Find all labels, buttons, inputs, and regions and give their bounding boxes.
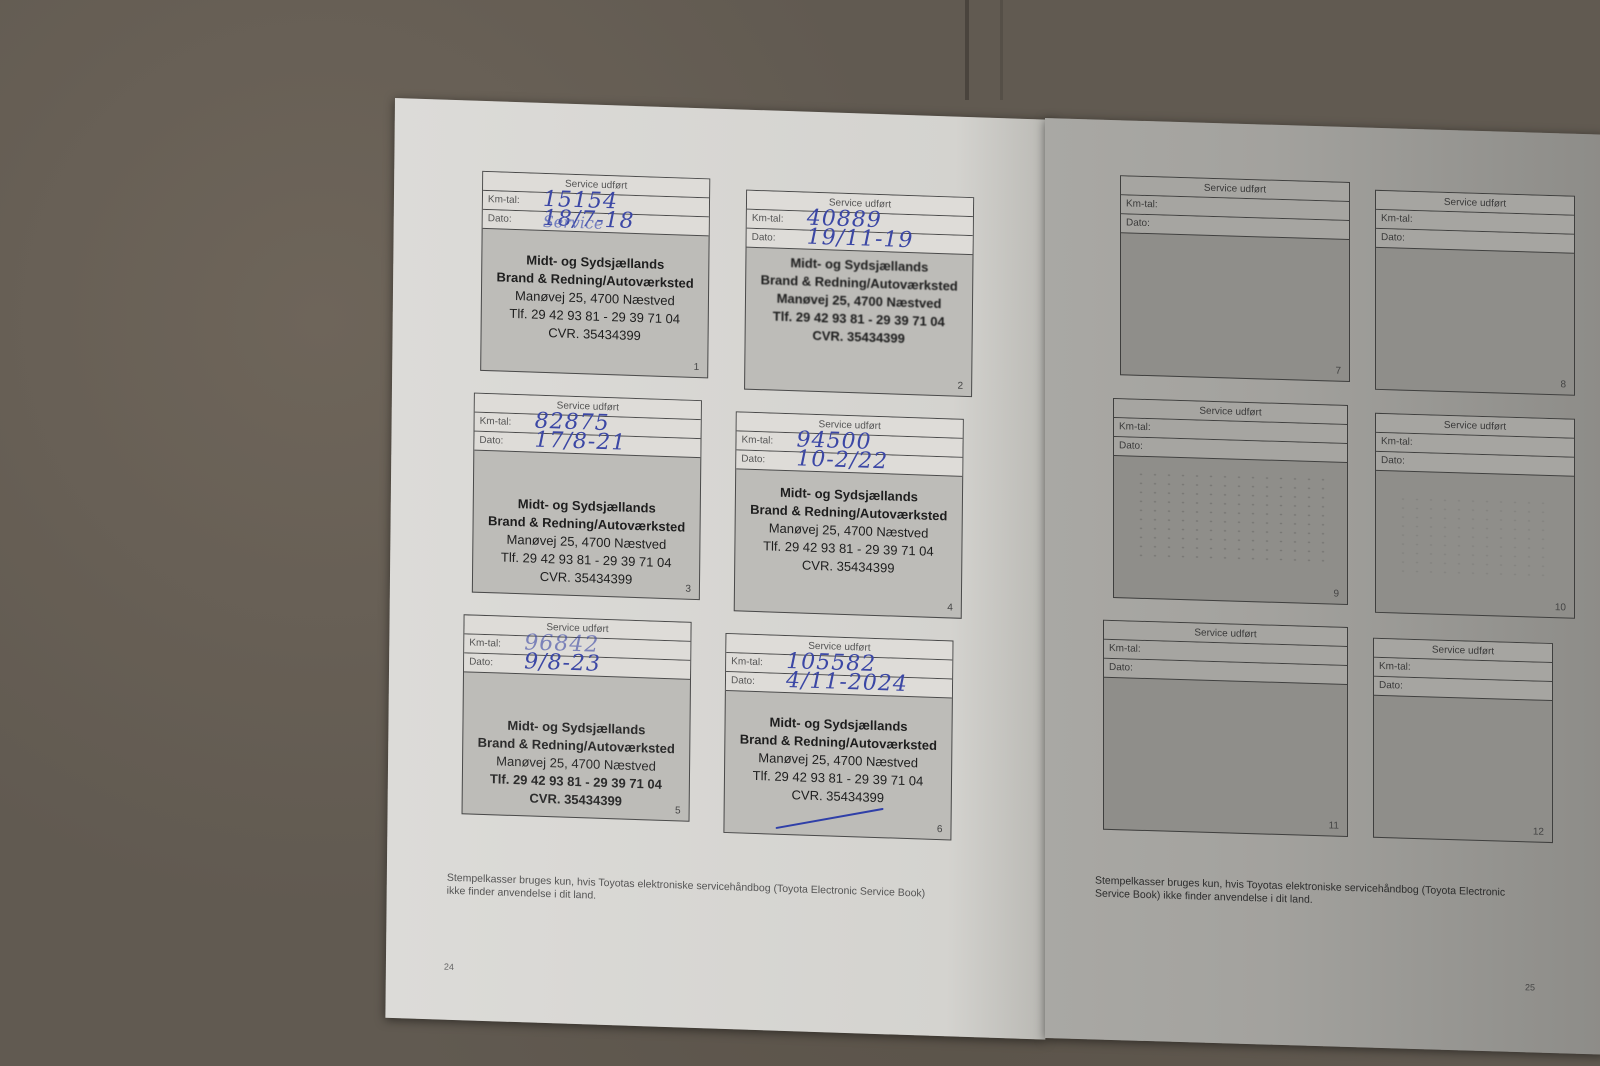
- handwritten-note: Service: [543, 212, 604, 233]
- box-number: 11: [1329, 820, 1339, 831]
- faded-stamp-transfer: [1396, 494, 1554, 577]
- service-box-12: Service udført Km-tal: Dato: 12: [1373, 638, 1553, 843]
- box-number: 4: [947, 602, 953, 613]
- box-number: 3: [685, 584, 691, 595]
- footer-note: Stempelkasser bruges kun, hvis Toyotas e…: [447, 872, 927, 914]
- date-value: 19/11-19: [807, 225, 914, 254]
- service-box-9: Service udført Km-tal: Dato: 9: [1113, 398, 1348, 605]
- workshop-stamp: Midt- og Sydsjællands Brand & Redning/Au…: [481, 250, 708, 347]
- date-label: Dato:: [1379, 680, 1403, 692]
- box-number: 5: [675, 805, 681, 816]
- floor-seam: [965, 0, 969, 100]
- footer-note: Stempelkasser bruges kun, hvis Toyotas e…: [1095, 874, 1535, 913]
- date-value: 17/8-21: [534, 428, 626, 456]
- km-label: Km-tal:: [488, 194, 520, 206]
- box-number: 9: [1333, 589, 1339, 600]
- signature: [775, 808, 883, 829]
- date-label: Dato:: [469, 656, 493, 668]
- date-label: Dato:: [741, 454, 765, 466]
- workshop-stamp: Midt- og Sydsjællands Brand & Redning/Au…: [725, 712, 952, 809]
- service-box-4: Service udført Km-tal: 94500 Dato: 10-2/…: [734, 411, 964, 619]
- box-number: 6: [937, 824, 943, 835]
- km-label: Km-tal:: [469, 637, 501, 649]
- date-row: Dato:: [1374, 677, 1552, 701]
- date-label: Dato:: [1109, 662, 1133, 674]
- box-number: 10: [1555, 602, 1566, 613]
- faded-stamp-transfer: [1134, 470, 1327, 564]
- workshop-stamp: Midt- og Sydsjællands Brand & Redning/Au…: [735, 482, 962, 579]
- km-label: Km-tal:: [1381, 436, 1413, 448]
- workshop-stamp: Midt- og Sydsjællands Brand & Redning/Au…: [463, 715, 690, 812]
- date-label: Dato:: [1119, 440, 1143, 452]
- km-label: Km-tal:: [1379, 661, 1411, 673]
- floor-seam: [1000, 0, 1003, 100]
- date-value: 4/11-2024: [786, 668, 908, 697]
- service-box-5: Service udført Km-tal: 96842 Dato: 9/8-2…: [462, 614, 692, 822]
- date-label: Dato:: [1381, 455, 1405, 467]
- booklet-right-page: Service udført Km-tal: Dato: 7 Service u…: [1045, 118, 1600, 1055]
- date-label: Dato:: [479, 435, 503, 447]
- date-label: Dato:: [1126, 217, 1150, 229]
- km-label: Km-tal:: [731, 656, 763, 668]
- page-number: 25: [1525, 982, 1535, 992]
- service-box-7: Service udført Km-tal: Dato: 7: [1120, 175, 1350, 382]
- km-label: Km-tal:: [1109, 643, 1141, 655]
- box-number: 12: [1533, 826, 1544, 837]
- km-label: Km-tal:: [752, 213, 784, 225]
- km-label: Km-tal:: [1119, 421, 1151, 433]
- box-number: 1: [694, 362, 700, 373]
- date-label: Dato:: [731, 675, 755, 687]
- workshop-stamp: Midt- og Sydsjællands Brand & Redning/Au…: [473, 494, 700, 591]
- date-label: Dato:: [752, 232, 776, 244]
- service-box-8: Service udført Km-tal: Dato: 8: [1375, 190, 1575, 396]
- date-label: Dato:: [488, 213, 512, 225]
- page-number: 24: [444, 962, 454, 972]
- box-number: 7: [1335, 366, 1341, 377]
- service-box-11: Service udført Km-tal: Dato: 11: [1103, 620, 1348, 837]
- km-label: Km-tal:: [741, 435, 773, 447]
- box-number: 8: [1560, 379, 1566, 390]
- km-label: Km-tal:: [480, 416, 512, 428]
- workshop-stamp: Midt- og Sydsjællands Brand & Redning/Au…: [746, 253, 973, 350]
- service-box-10: Service udført Km-tal: Dato: 10: [1375, 413, 1575, 619]
- box-number: 2: [958, 381, 964, 392]
- date-value: 9/8-23: [524, 649, 601, 677]
- km-label: Km-tal:: [1381, 213, 1413, 225]
- km-label: Km-tal:: [1126, 198, 1158, 210]
- service-box-2: Service udført Km-tal: 40889 Dato: 19/11…: [744, 190, 974, 398]
- date-value: 10-2/22: [796, 446, 888, 474]
- service-box-1: Service udført Km-tal: 15154 Dato: 18/7-…: [480, 171, 710, 379]
- booklet-left-page: Service udført Km-tal: 15154 Dato: 18/7-…: [385, 98, 1055, 1040]
- service-box-3: Service udført Km-tal: 82875 Dato: 17/8-…: [472, 393, 702, 601]
- date-label: Dato:: [1381, 232, 1405, 244]
- service-box-6: Service udført Km-tal: 105582 Dato: 4/11…: [723, 633, 953, 841]
